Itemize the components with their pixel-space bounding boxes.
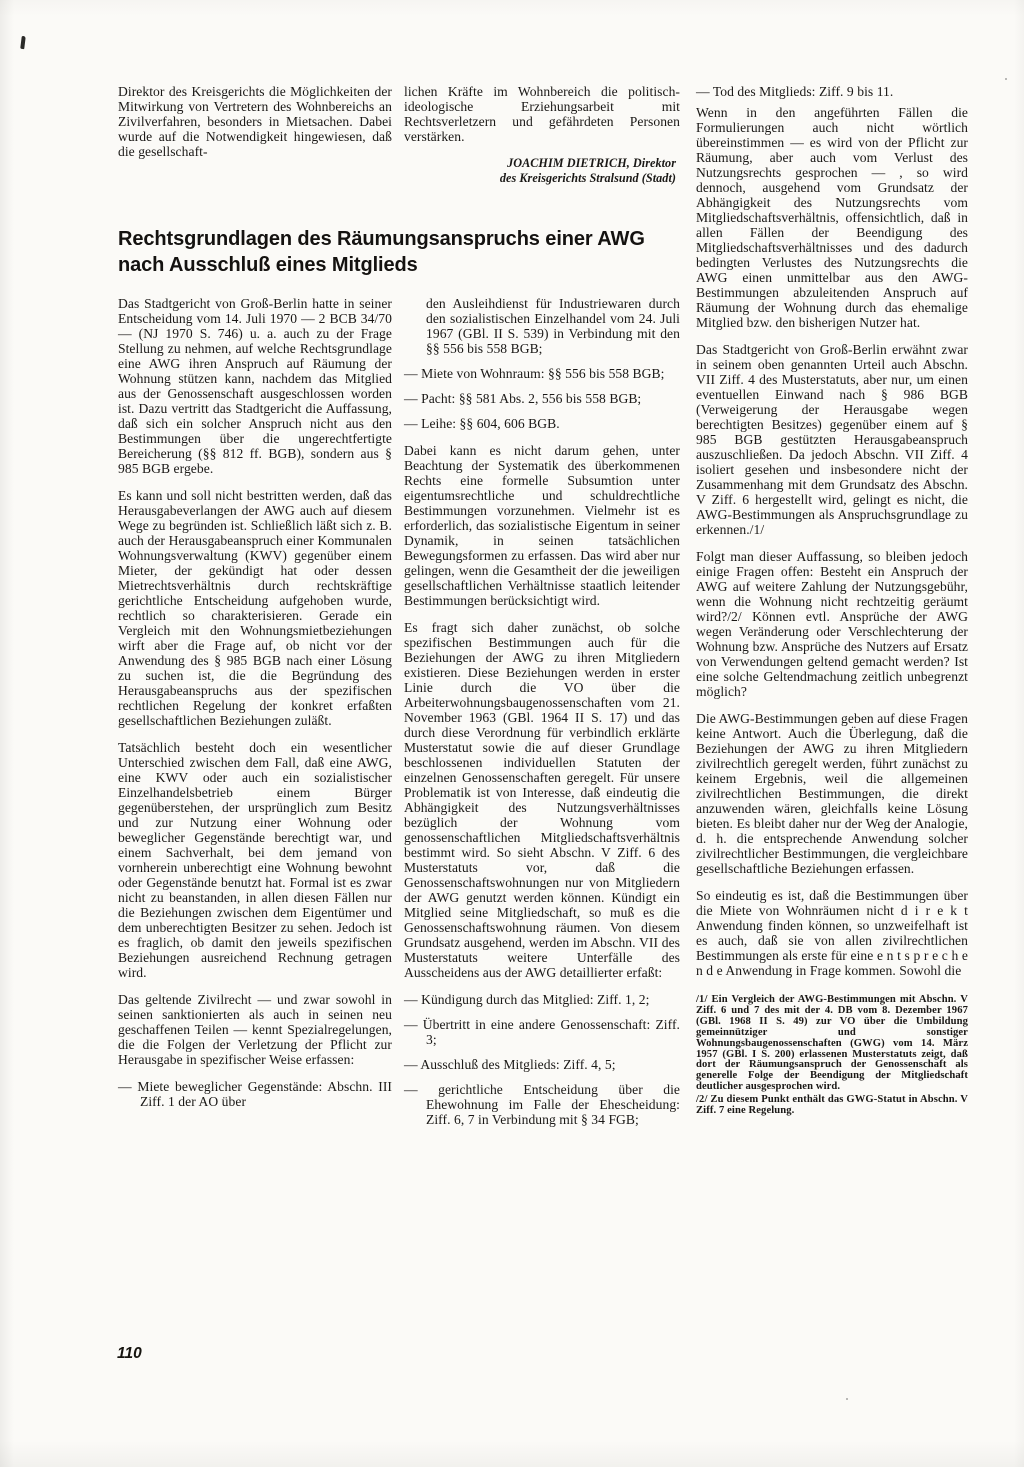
author-role-line: des Kreisgerichts Stralsund (Stadt) bbox=[404, 171, 676, 186]
article-paragraph: Folgt man dieser Auffassung, so bleiben … bbox=[696, 549, 968, 699]
footnote: /1/ Ein Vergleich der AWG-Bestimmungen m… bbox=[696, 995, 968, 1093]
scan-ink-mark bbox=[20, 36, 26, 49]
article-paragraph: Dabei kann es nicht darum gehen, unter B… bbox=[404, 443, 680, 608]
article-paragraph: Es kann und soll nicht bestritten werden… bbox=[118, 488, 392, 728]
author-name-line: JOACHIM DIETRICH, Direktor bbox=[404, 156, 676, 171]
scan-speck bbox=[1005, 78, 1007, 80]
article-list-item: — Pacht: §§ 581 Abs. 2, 556 bis 558 BGB; bbox=[404, 391, 680, 406]
footnotes-block: /1/ Ein Vergleich der AWG-Bestimmungen m… bbox=[696, 995, 968, 1117]
previous-article-left-column: Direktor des Kreisgerichts die Möglichke… bbox=[118, 84, 392, 159]
article-column-1: Das Stadtgericht von Groß-Berlin hatte i… bbox=[118, 296, 392, 1119]
article-column-2: den Ausleihdienst für Industriewaren dur… bbox=[404, 296, 680, 1137]
previous-article-text: lichen Kräfte im Wohnbereich die politis… bbox=[404, 84, 680, 144]
article-title: Rechtsgrundlagen des Räumungsanspruchs e… bbox=[118, 226, 693, 278]
article-list-item: — Ausschluß des Mitglieds: Ziff. 4, 5; bbox=[404, 1057, 680, 1072]
article-list-item: — Übertritt in eine andere Genossenschaf… bbox=[404, 1017, 680, 1047]
article-paragraph: Es fragt sich daher zunächst, ob solche … bbox=[404, 620, 680, 980]
article-paragraph: Die AWG-Bestimmungen geben auf diese Fra… bbox=[696, 711, 968, 876]
article-list-item: — Miete beweglicher Gegenstände: Abschn.… bbox=[118, 1079, 392, 1109]
article-paragraph: Wenn in den angeführten Fällen die Formu… bbox=[696, 105, 968, 330]
previous-article-right-column: lichen Kräfte im Wohnbereich die politis… bbox=[404, 84, 680, 185]
scanned-journal-page: Direktor des Kreisgerichts die Möglichke… bbox=[0, 0, 1024, 1467]
article-paragraph: Tatsächlich besteht doch ein wesentliche… bbox=[118, 740, 392, 980]
article-paragraph: So eindeutig es ist, daß die Bestimmunge… bbox=[696, 888, 968, 978]
article-list-item: — Kündigung durch das Mitglied: Ziff. 1,… bbox=[404, 992, 680, 1007]
article-list-item-continuation: den Ausleihdienst für Industriewaren dur… bbox=[404, 296, 680, 356]
article-list-item: — Leihe: §§ 604, 606 BGB. bbox=[404, 416, 680, 431]
article-title-line2: nach Ausschluß eines Mitglieds bbox=[118, 252, 693, 278]
article-column-3: — Tod des Mitglieds: Ziff. 9 bis 11. Wen… bbox=[696, 84, 968, 1119]
article-list-item: — Miete von Wohnraum: §§ 556 bis 558 BGB… bbox=[404, 366, 680, 381]
article-list-item: — Tod des Mitglieds: Ziff. 9 bis 11. bbox=[696, 84, 968, 99]
article-paragraph: Das Stadtgericht von Groß-Berlin erwähnt… bbox=[696, 342, 968, 537]
page-number: 110 bbox=[117, 1345, 142, 1363]
scan-speck bbox=[846, 1398, 848, 1400]
article-paragraph: Das Stadtgericht von Groß-Berlin hatte i… bbox=[118, 296, 392, 476]
article-title-line1: Rechtsgrundlagen des Räumungsanspruchs e… bbox=[118, 226, 693, 252]
footnote: /2/ Zu diesem Punkt enthält das GWG-Stat… bbox=[696, 1095, 968, 1117]
article-list-item: — gerichtliche Entscheidung über die Ehe… bbox=[404, 1082, 680, 1127]
previous-article-text: Direktor des Kreisgerichts die Möglichke… bbox=[118, 84, 392, 159]
author-byline: JOACHIM DIETRICH, Direktor des Kreisgeri… bbox=[404, 156, 680, 185]
article-paragraph: Das geltende Zivilrecht — und zwar sowoh… bbox=[118, 992, 392, 1067]
